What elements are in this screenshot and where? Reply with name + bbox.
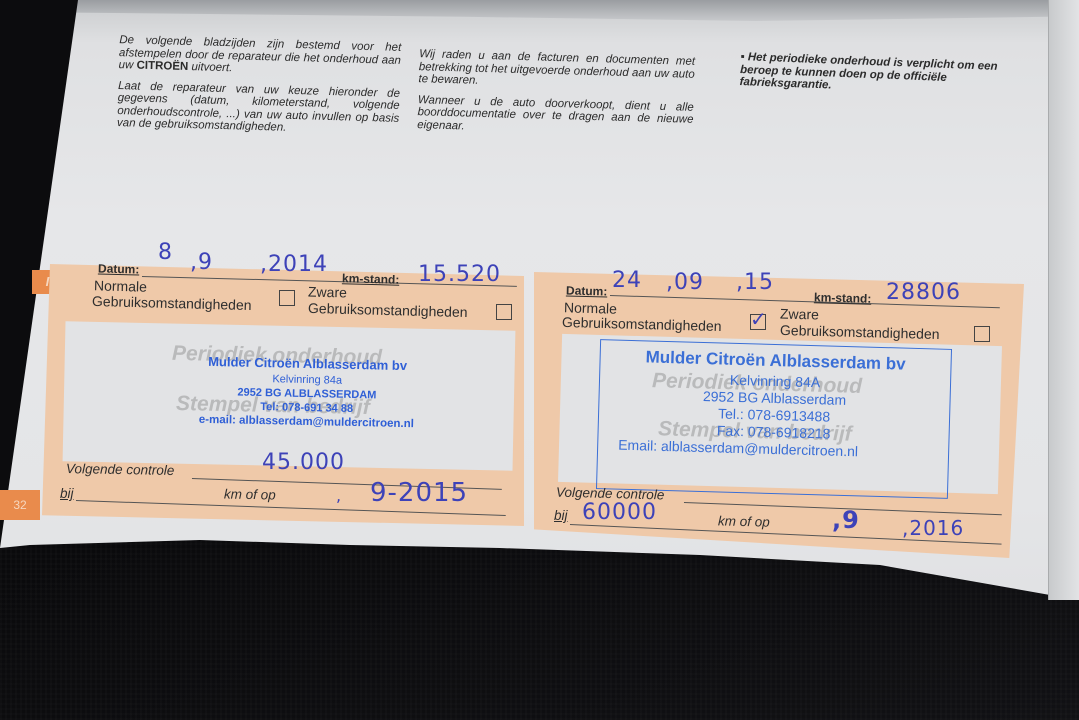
datum-label-2: Datum: [566,283,608,298]
entry2-date-month: ,09 [666,270,704,295]
entry1-date-year: ,2014 [260,252,328,277]
zware-checkbox-1[interactable] [496,304,512,320]
intro-column-1: De volgende bladzijden zijn bestemd voor… [117,34,402,145]
service-booklet: De volgende bladzijden zijn bestemd voor… [0,0,1079,720]
bij-label: bij [60,486,74,501]
volgende-label: Volgende controle [66,461,175,478]
datum-label: Datum: [98,261,140,276]
normale-label: Normale [94,277,147,294]
zware-label-2: Zware [780,305,819,322]
entry2-km-stand: 28806 [886,280,961,305]
entry1-km-stand: 15.520 [418,262,501,287]
intro-paragraph-3: Wij raden u aan de facturen en documente… [418,48,695,93]
entry1-date-day: 8 [158,240,173,265]
entry1-next-date: 9-2015 [370,478,468,508]
checkmark-icon: ✓ [750,307,767,332]
page-number: 32 [0,490,40,520]
entry2-next-date: ,2016 [902,516,964,540]
km-stand-label-2: km-stand: [814,290,872,305]
entry1-next-month-sep: , [336,486,342,505]
entry1-next-km: 45.000 [262,450,345,475]
normale-checkbox-1[interactable] [279,290,295,306]
km-of-op-label: km of op [224,487,276,503]
dealer-stamp-1: Mulder Citroën Alblasserdam bv Kelvinrin… [171,353,442,431]
intro-paragraph-2: Laat de reparateur van uw keuze hieronde… [117,80,400,138]
entry2-date-year: ,15 [736,270,774,295]
dealer-stamp-2: Mulder Citroën Alblasserdam bv Kelvinrin… [596,339,952,499]
zware-label: Zware [308,283,347,300]
entry2-next-km: 60000 [582,500,657,525]
brand-name: CITROËN [136,60,188,73]
entry2-next-month: ,9 [832,506,860,534]
intro-paragraph-4: Wanneer u de auto doorverkoopt, dient u … [417,94,694,139]
intro-column-2: Wij raden u aan de facturen en documente… [417,48,695,147]
normale-checkbox-2[interactable]: ✓ [750,314,766,330]
bij-label-2: bij [554,508,568,523]
intro-paragraph-1: De volgende bladzijden zijn bestemd voor… [118,34,401,79]
next-page-edge [1048,0,1079,600]
km-of-op-label-2: km of op [718,513,770,529]
entry1-date-month: ,9 [190,250,213,275]
zware-checkbox-2[interactable] [974,326,990,342]
entry2-date-day: 24 [612,268,642,293]
km-stand-label: km-stand: [342,271,400,286]
